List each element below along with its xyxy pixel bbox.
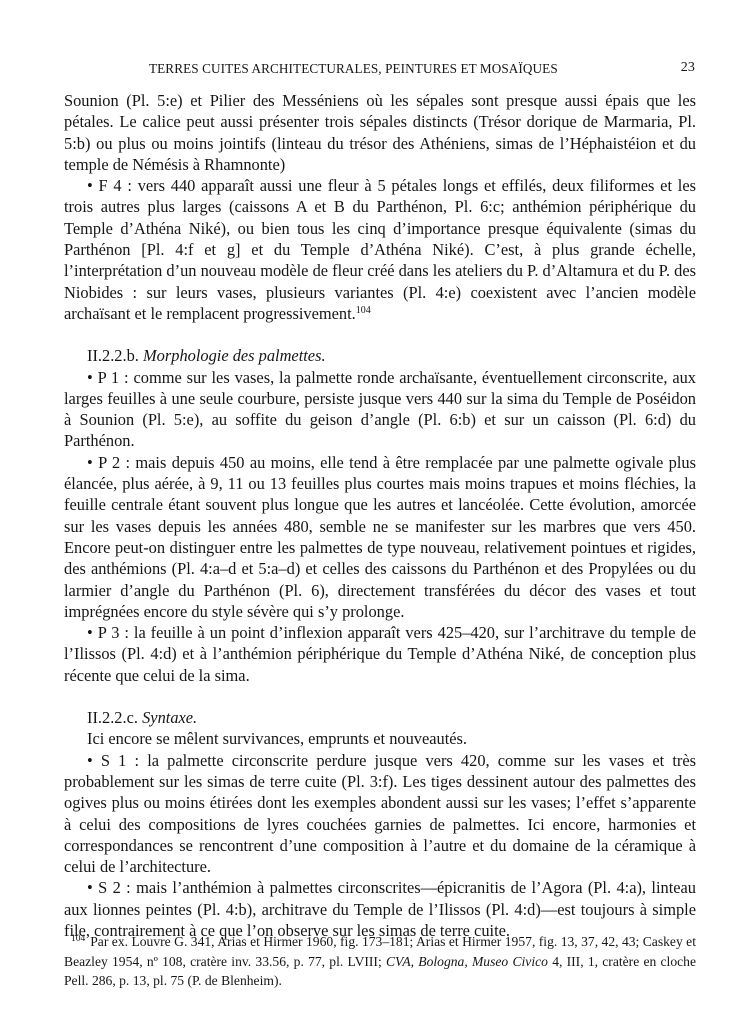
- section-title: Syntaxe.: [142, 708, 197, 727]
- paragraph-f4-text: • F 4 : vers 440 apparaît aussi une fleu…: [64, 176, 696, 323]
- paragraph-p2: • P 2 : mais depuis 450 au moins, elle t…: [64, 452, 696, 622]
- paragraph-p3: • P 3 : la feuille à un point d’inflexio…: [64, 622, 696, 686]
- paragraph-s1: • S 1 : la palmette circonscrite perdure…: [64, 750, 696, 878]
- paragraph-f4: • F 4 : vers 440 apparaît aussi une fleu…: [64, 175, 696, 324]
- section-title: Morphologie des palmettes.: [143, 346, 326, 365]
- section-heading-b: II.2.2.b. Morphologie des palmettes.: [64, 345, 696, 366]
- page-number: 23: [681, 60, 695, 76]
- paragraph-p1: • P 1 : comme sur les vases, la palmette…: [64, 367, 696, 452]
- page: TERRES CUITES ARCHITECTURALES, PEINTURES…: [64, 58, 696, 941]
- paragraph-continuation: Sounion (Pl. 5:e) et Pilier des Messénie…: [64, 90, 696, 175]
- section-number: II.2.2.b.: [87, 346, 139, 365]
- footnote-number: 104: [71, 934, 85, 944]
- section-heading-c: II.2.2.c. Syntaxe.: [64, 707, 696, 728]
- running-head-title: TERRES CUITES ARCHITECTURALES, PEINTURES…: [149, 61, 558, 77]
- running-head: TERRES CUITES ARCHITECTURALES, PEINTURES…: [64, 58, 696, 82]
- footnote-italic: CVA, Bologna, Museo Civico: [386, 954, 548, 969]
- section-number: II.2.2.c.: [87, 708, 138, 727]
- footnote-reference[interactable]: 104: [356, 305, 371, 316]
- footnotes: 104Par ex. Louvre G. 341, Arias et Hirme…: [64, 932, 696, 991]
- footnote-104: 104Par ex. Louvre G. 341, Arias et Hirme…: [64, 932, 696, 991]
- body-text: Sounion (Pl. 5:e) et Pilier des Messénie…: [64, 90, 696, 941]
- paragraph-intro: Ici encore se mêlent survivances, emprun…: [64, 728, 696, 749]
